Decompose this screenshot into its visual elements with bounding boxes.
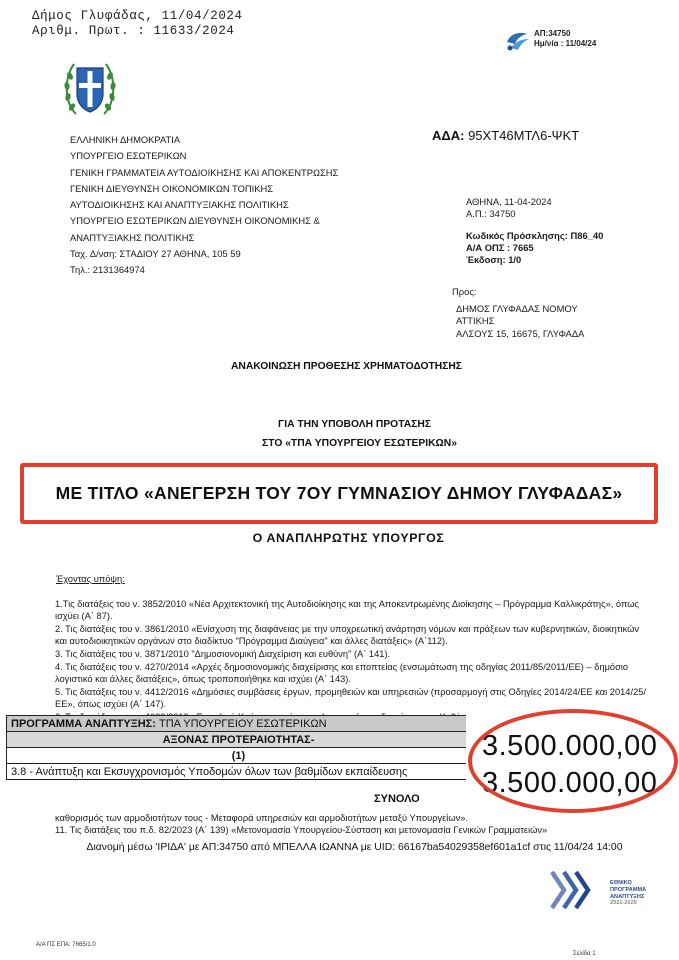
espa-line: ΕΘΝΙΚΟ <box>610 880 646 887</box>
ministry-line: ΓΕΝΙΚΗ ΔΙΕΥΘΥΝΣΗ ΟΙΚΟΝΟΜΙΚΩΝ ΤΟΠΙΚΗΣ <box>70 181 338 197</box>
recipient-line: ΑΤΤΙΚΗΣ <box>452 315 584 328</box>
stamp-line-1: Δήμος Γλυφάδας, 11/04/2024 <box>32 9 243 24</box>
program-cell: ΠΡΟΓΡΑΜΜΑ ΑΝΑΠΤΥΞΗΣ: ΤΠΑ ΥΠΟΥΡΓΕΙΟΥ ΕΣΩΤ… <box>7 716 471 732</box>
espa-logo-icon <box>548 866 602 914</box>
irida-logo-icon <box>505 30 531 52</box>
ministry-line: ΓΕΝΙΚΗ ΓΡΑΜΜΑΤΕΙΑ ΑΥΤΟΔΙΟΙΚΗΣΗΣ ΚΑΙ ΑΠΟΚ… <box>70 165 338 181</box>
legal-clauses: 1.Τις διατάξεις του ν. 3852/2010 «Νέα Αρ… <box>55 598 651 724</box>
announcement-heading: ΑΝΑΚΟΙΝΩΣΗ ΠΡΟΘΕΣΗΣ ΧΡΗΜΑΤΟΔΟΤΗΣΗΣ <box>0 361 679 372</box>
clause: 1.Τις διατάξεις του ν. 3852/2010 «Νέα Αρ… <box>55 598 651 622</box>
submission-heading-2: ΣΤΟ «ΤΠΑ ΥΠΟΥΡΓΕΙΟΥ ΕΣΩΤΕΡΙΚΩΝ» <box>0 438 679 449</box>
espa-years: 2021-2025 <box>610 900 646 907</box>
clause: 2. Τις διατάξεις του ν. 3861/2010 «Ενίσχ… <box>55 623 651 647</box>
ministry-phone: Τηλ.: 2131364974 <box>70 262 338 278</box>
clause: 3. Τις διατάξεις του ν. 3871/2010 "Δημοσ… <box>55 648 651 660</box>
tail-clauses: καθορισμός των αρμοδιοτήτων τους - Μεταφ… <box>55 812 665 836</box>
project-title-highlight: ΜΕ ΤΙΤΛΟ «ΑΝΕΓΕΡΣΗ ΤΟΥ 7ΟΥ ΓΥΜΝΑΣΙΟΥ ΔΗΜ… <box>20 463 658 524</box>
protocol-number: Α.Π.: 34750 <box>466 208 603 220</box>
measure-cell: 3.8 - Ανάπτυξη και Εκσυγχρονισμός Υποδομ… <box>7 764 471 780</box>
recipient-line: ΑΛΣΟΥΣ 15, 16675, ΓΛΥΦΑΔΑ <box>452 328 584 341</box>
irida-reference: ΑΠ:34750 Ημ/νία : 11/04/24 <box>534 29 596 49</box>
document-info: ΑΘΗΝΑ, 11-04-2024 Α.Π.: 34750 Κωδικός Πρ… <box>466 196 603 266</box>
ministry-address: Ταχ. Δ/νση: ΣΤΑΔΙΟΥ 27 ΑΘΗΝΑ, 105 59 <box>70 246 338 262</box>
table-row: ΠΡΟΓΡΑΜΜΑ ΑΝΑΠΤΥΞΗΣ: ΤΠΑ ΥΠΟΥΡΓΕΙΟΥ ΕΣΩΤ… <box>7 716 471 732</box>
considering-label: Έχοντας υπόψη: <box>56 574 125 584</box>
axis-label-cell: ΑΞΟΝΑΣ ΠΡΟΤΕΡΑΙΟΤΗΤΑΣ- <box>7 732 471 748</box>
footer-left: Α/Α ΠΣ ΕΠΑ: 7665/1.0 <box>36 942 96 948</box>
clause: 4. Τις διατάξεις του ν. 4270/2014 «Αρχές… <box>55 661 651 685</box>
program-label: ΠΡΟΓΡΑΜΜΑ ΑΝΑΠΤΥΞΗΣ: <box>11 718 156 730</box>
espa-line: ΠΡΟΓΡΑΜΜΑ <box>610 887 646 894</box>
espa-label: ΕΘΝΙΚΟ ΠΡΟΓΡΑΜΜΑ ΑΝΑΠΤΥΞΗΣ 2021-2025 <box>610 880 646 907</box>
recipient-block: Προς: ΔΗΜΟΣ ΓΛΥΦΑΔΑΣ ΝΟΜΟΥ ΑΤΤΙΚΗΣ ΑΛΣΟΥ… <box>452 286 584 340</box>
ministry-line: ΑΝΑΠΤΥΞΙΑΚΗΣ ΠΟΛΙΤΙΚΗΣ <box>70 230 338 246</box>
distribution-note: Διανομή μέσω 'ΙΡΙΔΑ' με ΑΠ:34750 από ΜΠΕ… <box>0 842 679 853</box>
red-circle-annotation <box>468 709 678 813</box>
ministry-line: ΥΠΟΥΡΓΕΙΟ ΕΣΩΤΕΡΙΚΩΝ <box>70 148 338 164</box>
ministry-header: ΕΛΛΗΝΙΚΗ ΔΗΜΟΚΡΑΤΙΑ ΥΠΟΥΡΓΕΙΟ ΕΣΩΤΕΡΙΚΩΝ… <box>70 132 338 279</box>
ada-code: ΑΔΑ: 95ΧΤ46ΜΤΛ6-ΨΚΤ <box>432 128 579 143</box>
ministry-line: ΑΥΤΟΔΙΟΙΚΗΣΗΣ ΚΑΙ ΑΝΑΠΤΥΞΙΑΚΗΣ ΠΟΛΙΤΙΚΗΣ <box>70 197 338 213</box>
program-value: ΤΠΑ ΥΠΟΥΡΓΕΙΟΥ ΕΣΩΤΕΡΙΚΩΝ <box>159 718 327 730</box>
greek-emblem-icon <box>62 54 118 120</box>
irida-ap: ΑΠ:34750 <box>534 29 596 39</box>
municipal-stamp: Δήμος Γλυφάδας, 11/04/2024 Αριθμ. Πρωτ. … <box>32 9 243 39</box>
amount-highlight: 3.500.000,00 3.500.000,00 <box>466 707 678 811</box>
clause: καθορισμός των αρμοδιοτήτων τους - Μεταφ… <box>55 812 665 824</box>
funding-table: ΠΡΟΓΡΑΜΜΑ ΑΝΑΠΤΥΞΗΣ: ΤΠΑ ΥΠΟΥΡΓΕΙΟΥ ΕΣΩΤ… <box>6 715 471 780</box>
table-row: ΑΞΟΝΑΣ ΠΡΟΤΕΡΑΙΟΤΗΤΑΣ- <box>7 732 471 748</box>
place-date: ΑΘΗΝΑ, 11-04-2024 <box>466 196 603 208</box>
stamp-line-2: Αριθμ. Πρωτ. : 11633/2024 <box>32 24 243 39</box>
clause: 11. Τις διατάξεις του π.δ. 82/2023 (Α΄ 1… <box>55 824 665 836</box>
table-row: 3.8 - Ανάπτυξη και Εκσυγχρονισμός Υποδομ… <box>7 764 471 780</box>
espa-line: ΑΝΑΠΤΥΞΗΣ <box>610 894 646 901</box>
invitation-code: Κωδικός Πρόσκλησης: Π86_40 <box>466 230 603 242</box>
total-label: ΣΥΝΟΛΟ <box>374 793 420 805</box>
recipient-line: ΔΗΜΟΣ ΓΛΥΦΑΔΑΣ ΝΟΜΟΥ <box>452 303 584 316</box>
submission-heading-1: ΓΙΑ ΤΗΝ ΥΠΟΒΟΛΗ ΠΡΟΤΑΣΗΣ <box>0 419 679 430</box>
deputy-minister-heading: Ο ΑΝΑΠΛΗΡΩΤΗΣ ΥΠΟΥΡΓΟΣ <box>0 531 679 545</box>
page-number: Σελίδα 1 <box>573 951 596 957</box>
ada-value: 95ΧΤ46ΜΤΛ6-ΨΚΤ <box>468 128 579 143</box>
recipient-label: Προς: <box>452 286 584 299</box>
edition: Έκδοση: 1/0 <box>466 254 603 266</box>
project-title: ΜΕ ΤΙΤΛΟ «ΑΝΕΓΕΡΣΗ ΤΟΥ 7ΟΥ ΓΥΜΝΑΣΙΟΥ ΔΗΜ… <box>56 483 623 504</box>
ada-label: ΑΔΑ: <box>432 128 464 143</box>
table-row: (1) <box>7 748 471 764</box>
ministry-line: ΥΠΟΥΡΓΕΙΟ ΕΣΩΤΕΡΙΚΩΝ ΔΙΕΥΘΥΝΣΗ ΟΙΚΟΝΟΜΙΚ… <box>70 213 338 229</box>
axis-number-cell: (1) <box>7 748 471 764</box>
ops-number: Α/Α ΟΠΣ : 7665 <box>466 242 603 254</box>
irida-date: Ημ/νία : 11/04/24 <box>534 39 596 49</box>
ministry-line: ΕΛΛΗΝΙΚΗ ΔΗΜΟΚΡΑΤΙΑ <box>70 132 338 148</box>
